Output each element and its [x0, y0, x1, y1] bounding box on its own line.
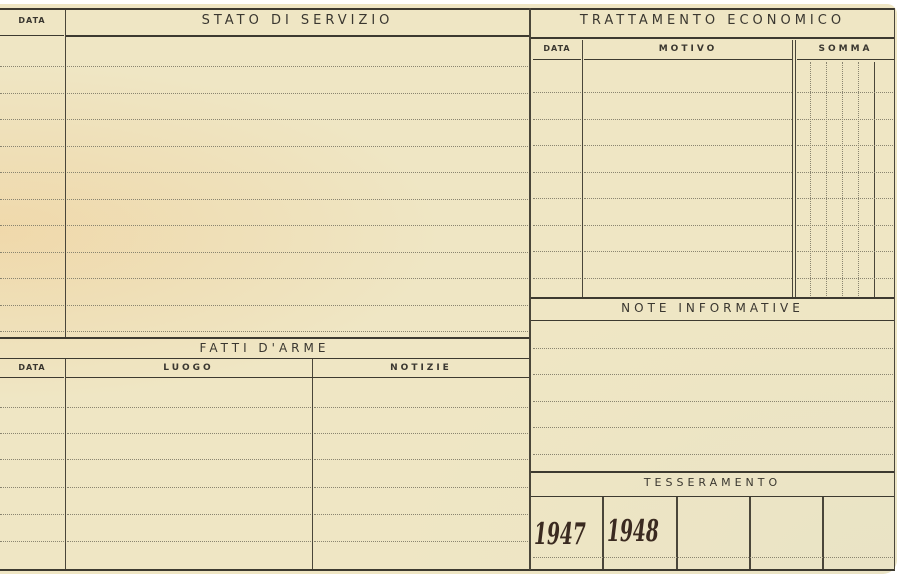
dotted-rule — [67, 146, 528, 147]
col-divider — [602, 497, 604, 569]
dotted-rule — [0, 305, 64, 306]
dotted-rule — [533, 557, 893, 558]
dotted-rule — [0, 199, 64, 200]
col-divider — [582, 40, 583, 298]
stato-di-servizio-title: STATO DI SERVIZIO — [66, 13, 529, 28]
right-border — [894, 8, 895, 570]
dotted-rule — [584, 119, 792, 120]
fatti-d-arme-title: FATTI D'ARME — [0, 341, 529, 355]
note-informative-title: NOTE INFORMATIVE — [531, 301, 894, 315]
dotted-rule — [797, 278, 893, 279]
dotted-rule — [314, 433, 528, 434]
dotted-rule — [533, 92, 581, 93]
dotted-rule — [67, 514, 311, 515]
dotted-rule — [67, 66, 528, 67]
dotted-rule — [797, 225, 893, 226]
tesseramento-year-2: 1948 — [607, 514, 659, 549]
rule — [531, 320, 894, 321]
dotted-rule — [0, 172, 64, 173]
col-divider — [874, 62, 875, 298]
dotted-rule — [797, 251, 893, 252]
dotted-rule — [67, 487, 311, 488]
dotted-rule — [584, 198, 792, 199]
dotted-rule — [0, 225, 64, 226]
dotted-rule — [797, 145, 893, 146]
dotted-rule — [0, 407, 64, 408]
dotted-rule — [0, 66, 64, 67]
dotted-rule — [0, 278, 64, 279]
dotted-rule — [0, 331, 64, 332]
service-record-card: DATA STATO DI SERVIZIO FATTI D'ARME DATA… — [0, 4, 897, 574]
dotted-rule — [0, 433, 64, 434]
dotted-rule — [67, 119, 528, 120]
tesseramento-title: TESSERAMENTO — [531, 476, 894, 489]
dotted-rule — [0, 514, 64, 515]
dotted-rule — [67, 433, 311, 434]
fatti-col-notizie: NOTIZIE — [313, 363, 529, 373]
trattamento-col-motivo: MOTIVO — [584, 44, 792, 54]
dotted-rule — [533, 454, 893, 455]
dotted-rule — [533, 198, 581, 199]
dotted-rule — [533, 374, 893, 375]
dotted-rule — [314, 487, 528, 488]
dotted-rule — [584, 278, 792, 279]
dotted-rule — [0, 487, 64, 488]
dotted-rule — [797, 172, 893, 173]
top-border — [0, 8, 895, 10]
rule — [533, 59, 581, 60]
fatti-col-luogo: LUOGO — [66, 363, 311, 373]
dotted-rule — [67, 199, 528, 200]
dotted-rule — [67, 459, 311, 460]
fatti-col-data: DATA — [0, 363, 64, 372]
dotted-rule — [584, 251, 792, 252]
dotted-rule — [584, 145, 792, 146]
dotted-rule — [533, 172, 581, 173]
dotted-rule — [67, 225, 528, 226]
rule — [531, 496, 894, 497]
trattamento-col-somma: SOMMA — [797, 44, 894, 54]
dotted-divider — [810, 62, 811, 298]
dotted-rule — [533, 225, 581, 226]
rule — [531, 37, 894, 39]
dotted-rule — [584, 225, 792, 226]
rule — [0, 337, 529, 339]
col-divider — [676, 497, 678, 569]
dotted-rule — [533, 348, 893, 349]
col-divider — [792, 40, 793, 298]
dotted-rule — [584, 92, 792, 93]
col-divider — [795, 40, 796, 298]
rule — [66, 377, 529, 378]
col-divider — [65, 359, 66, 569]
dotted-rule — [797, 198, 893, 199]
rule — [0, 377, 64, 378]
dotted-rule — [0, 541, 64, 542]
dotted-rule — [797, 119, 893, 120]
trattamento-economico-title: TRATTAMENTO ECONOMICO — [531, 13, 894, 28]
dotted-divider — [842, 62, 843, 298]
rule — [0, 35, 64, 36]
dotted-rule — [797, 92, 893, 93]
dotted-rule — [533, 278, 581, 279]
stato-col-data: DATA — [0, 16, 64, 25]
rule — [797, 59, 894, 60]
dotted-rule — [0, 119, 64, 120]
dotted-rule — [67, 407, 311, 408]
col-divider — [749, 497, 751, 569]
rule — [531, 297, 894, 299]
dotted-rule — [533, 119, 581, 120]
dotted-rule — [67, 252, 528, 253]
stato-col-divider — [65, 10, 66, 338]
dotted-rule — [0, 93, 64, 94]
dotted-rule — [533, 145, 581, 146]
dotted-rule — [314, 514, 528, 515]
dotted-rule — [67, 172, 528, 173]
dotted-rule — [533, 427, 893, 428]
bottom-border — [0, 569, 895, 571]
dotted-rule — [0, 459, 64, 460]
rule — [66, 35, 529, 37]
dotted-rule — [67, 331, 528, 332]
col-divider — [312, 359, 313, 569]
dotted-rule — [584, 172, 792, 173]
dotted-divider — [826, 62, 827, 298]
dotted-rule — [67, 541, 311, 542]
dotted-rule — [314, 541, 528, 542]
dotted-rule — [0, 146, 64, 147]
dotted-rule — [314, 459, 528, 460]
dotted-rule — [533, 251, 581, 252]
rule — [584, 59, 792, 60]
dotted-rule — [533, 401, 893, 402]
dotted-rule — [67, 305, 528, 306]
trattamento-col-data: DATA — [533, 44, 581, 53]
col-divider — [822, 497, 824, 569]
dotted-rule — [67, 278, 528, 279]
dotted-rule — [67, 93, 528, 94]
dotted-rule — [0, 252, 64, 253]
dotted-rule — [314, 407, 528, 408]
dotted-divider — [858, 62, 859, 298]
tesseramento-year-1: 1947 — [534, 517, 586, 552]
rule — [0, 358, 529, 359]
rule — [531, 471, 894, 473]
